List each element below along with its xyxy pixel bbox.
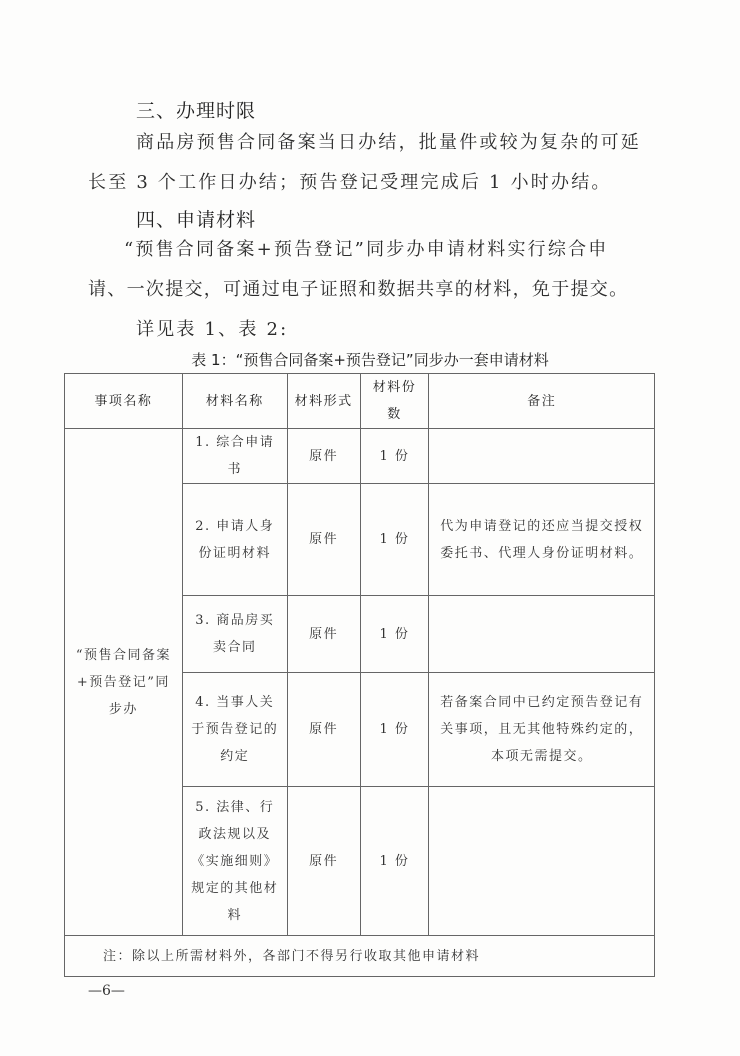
table-footer-row: 注：除以上所需材料外，各部门不得另行收取其他申请材料	[65, 936, 655, 977]
table-caption: 表 1：“预售合同备案+预告登记”同步办一套申请材料	[0, 349, 740, 370]
material-count: 1 份	[360, 787, 429, 936]
section4-line1: “预售合同备案+预告登记”同步办申请材料实行综合申	[88, 230, 658, 270]
material-count: 1 份	[360, 673, 429, 787]
header-material-count: 材料份数	[360, 374, 429, 429]
material-name: 2. 申请人身份证明材料	[182, 484, 287, 596]
material-count: 1 份	[360, 484, 429, 596]
material-name: 3. 商品房买卖合同	[182, 596, 287, 673]
material-name: 5. 法律、行政法规以及《实施细则》规定的其他材料	[182, 787, 287, 936]
table-row: “预售合同备案+预告登记”同步办 1. 综合申请书 原件 1 份	[65, 429, 655, 484]
material-note: 若备案合同中已约定预告登记有关事项，且无其他特殊约定的，本项无需提交。	[429, 673, 655, 787]
section4-line3: 详见表 1、表 2:	[88, 310, 658, 350]
material-count: 1 份	[360, 429, 429, 484]
footer-note: 注：除以上所需材料外，各部门不得另行收取其他申请材料	[65, 936, 655, 977]
header-note: 备注	[429, 374, 655, 429]
header-material-form: 材料形式	[287, 374, 360, 429]
section4-paragraph: “预售合同备案+预告登记”同步办申请材料实行综合申 请、一次提交，可通过电子证照…	[88, 230, 658, 350]
section4-heading: 四、申请材料	[136, 205, 256, 232]
material-note	[429, 429, 655, 484]
section4-line2: 请、一次提交，可通过电子证照和数据共享的材料，免于提交。	[88, 270, 658, 310]
section3-line2: 长至 3 个工作日办结；预告登记受理完成后 1 小时办结。	[88, 163, 658, 203]
material-note	[429, 596, 655, 673]
table-header-row: 事项名称 材料名称 材料形式 材料份数 备注	[65, 374, 655, 429]
header-material-name: 材料名称	[182, 374, 287, 429]
material-note: 代为申请登记的还应当提交授权委托书、代理人身份证明材料。	[429, 484, 655, 596]
material-form: 原件	[287, 673, 360, 787]
material-note	[429, 787, 655, 936]
section3-line1: 商品房预售合同备案当日办结，批量件或较为复杂的可延	[88, 123, 658, 163]
material-form: 原件	[287, 484, 360, 596]
materials-table: 事项名称 材料名称 材料形式 材料份数 备注 “预售合同备案+预告登记”同步办 …	[64, 373, 655, 977]
material-count: 1 份	[360, 596, 429, 673]
section3-paragraph: 商品房预售合同备案当日办结，批量件或较为复杂的可延 长至 3 个工作日办结；预告…	[88, 123, 658, 203]
material-form: 原件	[287, 596, 360, 673]
header-item-name: 事项名称	[65, 374, 183, 429]
material-name: 4. 当事人关于预告登记的约定	[182, 673, 287, 787]
item-name-cell: “预售合同备案+预告登记”同步办	[65, 429, 183, 936]
material-name: 1. 综合申请书	[182, 429, 287, 484]
page-number: —6—	[88, 983, 125, 999]
material-form: 原件	[287, 429, 360, 484]
section3-heading: 三、办理时限	[136, 96, 256, 123]
material-form: 原件	[287, 787, 360, 936]
